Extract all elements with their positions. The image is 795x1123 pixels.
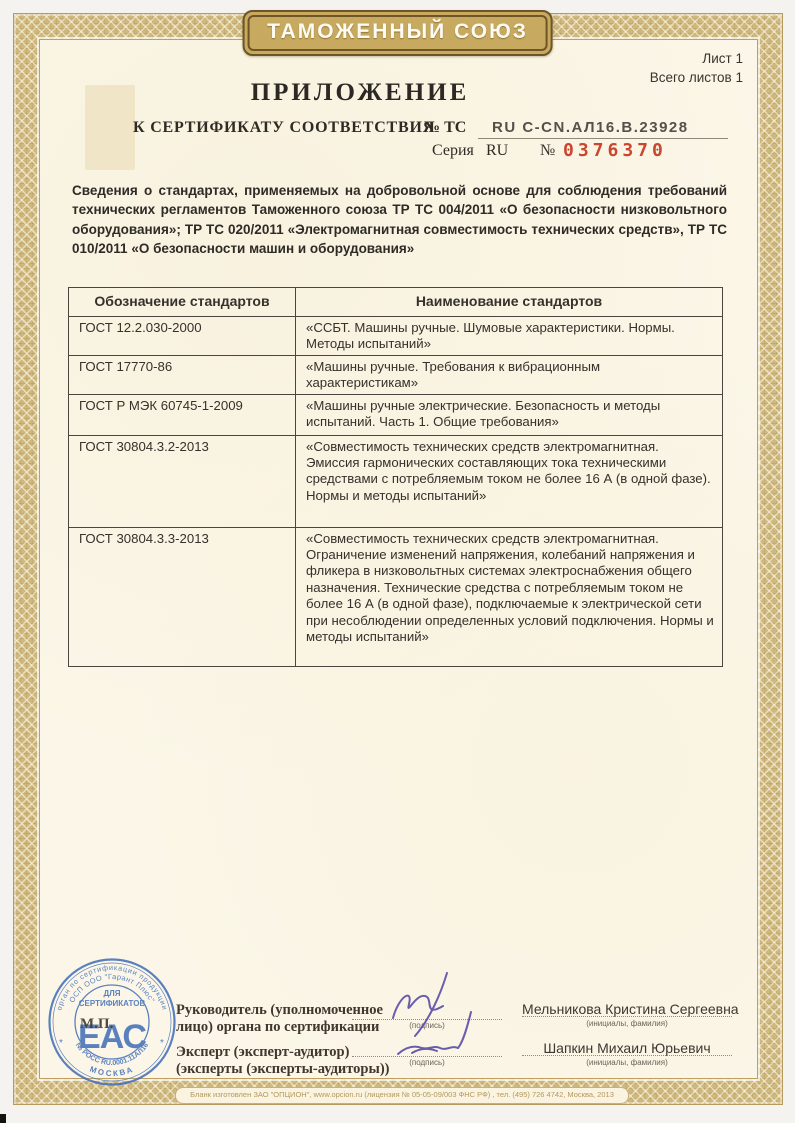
cert-number-prefix: № ТС xyxy=(424,119,466,137)
standard-name: «Машины ручные электрические. Безопаснос… xyxy=(296,394,723,435)
expert-signature-ink xyxy=(392,1008,482,1066)
customs-union-banner: ТАМОЖЕННЫЙ СОЮЗ xyxy=(242,10,553,56)
sheet-number: Лист 1 xyxy=(650,49,743,68)
table-row: ГОСТ 17770-86 «Машины ручные. Требования… xyxy=(69,355,723,394)
table-row: ГОСТ 30804.3.3-2013 «Совместимость техни… xyxy=(69,527,723,666)
series-label: Серия xyxy=(432,142,474,160)
head-name-line xyxy=(522,1002,732,1017)
paper-texture-patch xyxy=(85,85,135,170)
standard-code: ГОСТ 17770-86 xyxy=(69,355,296,394)
standard-code: ГОСТ Р МЭК 60745-1-2009 xyxy=(69,394,296,435)
standard-code: ГОСТ 30804.3.2-2013 xyxy=(69,435,296,527)
stamp-place-mark: М.П. xyxy=(80,1016,113,1033)
cert-line-label: К СЕРТИФИКАТУ СООТВЕТСТВИЯ xyxy=(133,119,435,137)
document-title: ПРИЛОЖЕНИЕ xyxy=(251,79,470,107)
table-row: ГОСТ Р МЭК 60745-1-2009 «Машины ручные э… xyxy=(69,394,723,435)
table-header-row: Обозначение стандартов Наименование стан… xyxy=(69,288,723,317)
scan-artifact xyxy=(0,1114,6,1123)
table-row: ГОСТ 30804.3.2-2013 «Совместимость техни… xyxy=(69,435,723,527)
standard-name: «Машины ручные. Требования к вибрационны… xyxy=(296,355,723,394)
standard-name: «Совместимость технических средств элект… xyxy=(296,435,723,527)
stamp-star-right: * xyxy=(160,1038,164,1049)
total-sheets: Всего листов 1 xyxy=(650,68,743,87)
expert-name-line xyxy=(522,1041,732,1056)
standard-name: «ССБТ. Машины ручные. Шумовые характерис… xyxy=(296,317,723,356)
stamp-line1: ДЛЯ xyxy=(103,989,120,998)
standard-name: «Совместимость технических средств элект… xyxy=(296,527,723,666)
table-row: ГОСТ 12.2.030-2000 «ССБТ. Машины ручные.… xyxy=(69,317,723,356)
banner-frame: ТАМОЖЕННЫЙ СОЮЗ xyxy=(247,15,548,51)
intro-paragraph: Сведения о стандартах, применяемых на до… xyxy=(72,181,727,258)
stamp-line2: СЕРТИФИКАТОВ xyxy=(79,999,146,1008)
standard-code: ГОСТ 30804.3.3-2013 xyxy=(69,527,296,666)
expert-name-caption: (инициалы, фамилия) xyxy=(522,1058,732,1067)
standard-code: ГОСТ 12.2.030-2000 xyxy=(69,317,296,356)
blank-number-sign: № xyxy=(540,142,555,160)
sheet-info: Лист 1 Всего листов 1 xyxy=(650,49,743,87)
col-header-name: Наименование стандартов xyxy=(296,288,723,317)
blank-imprint: Бланк изготовлен ЗАО "ОПЦИОН", www.opcio… xyxy=(175,1087,629,1104)
standards-table: Обозначение стандартов Наименование стан… xyxy=(68,287,723,667)
stamp-star-left: * xyxy=(59,1038,63,1049)
series-region: RU xyxy=(486,142,508,160)
col-header-designation: Обозначение стандартов xyxy=(69,288,296,317)
blank-number: 0376370 xyxy=(563,140,667,161)
head-name-caption: (инициалы, фамилия) xyxy=(522,1019,732,1028)
certificate-page: ТАМОЖЕННЫЙ СОЮЗ Лист 1 Всего листов 1 ПР… xyxy=(0,0,795,1123)
cert-number-underline xyxy=(478,138,728,139)
banner-title: ТАМОЖЕННЫЙ СОЮЗ xyxy=(267,20,528,43)
cert-number-value: RU C-CN.АЛ16.В.23928 xyxy=(492,119,689,136)
